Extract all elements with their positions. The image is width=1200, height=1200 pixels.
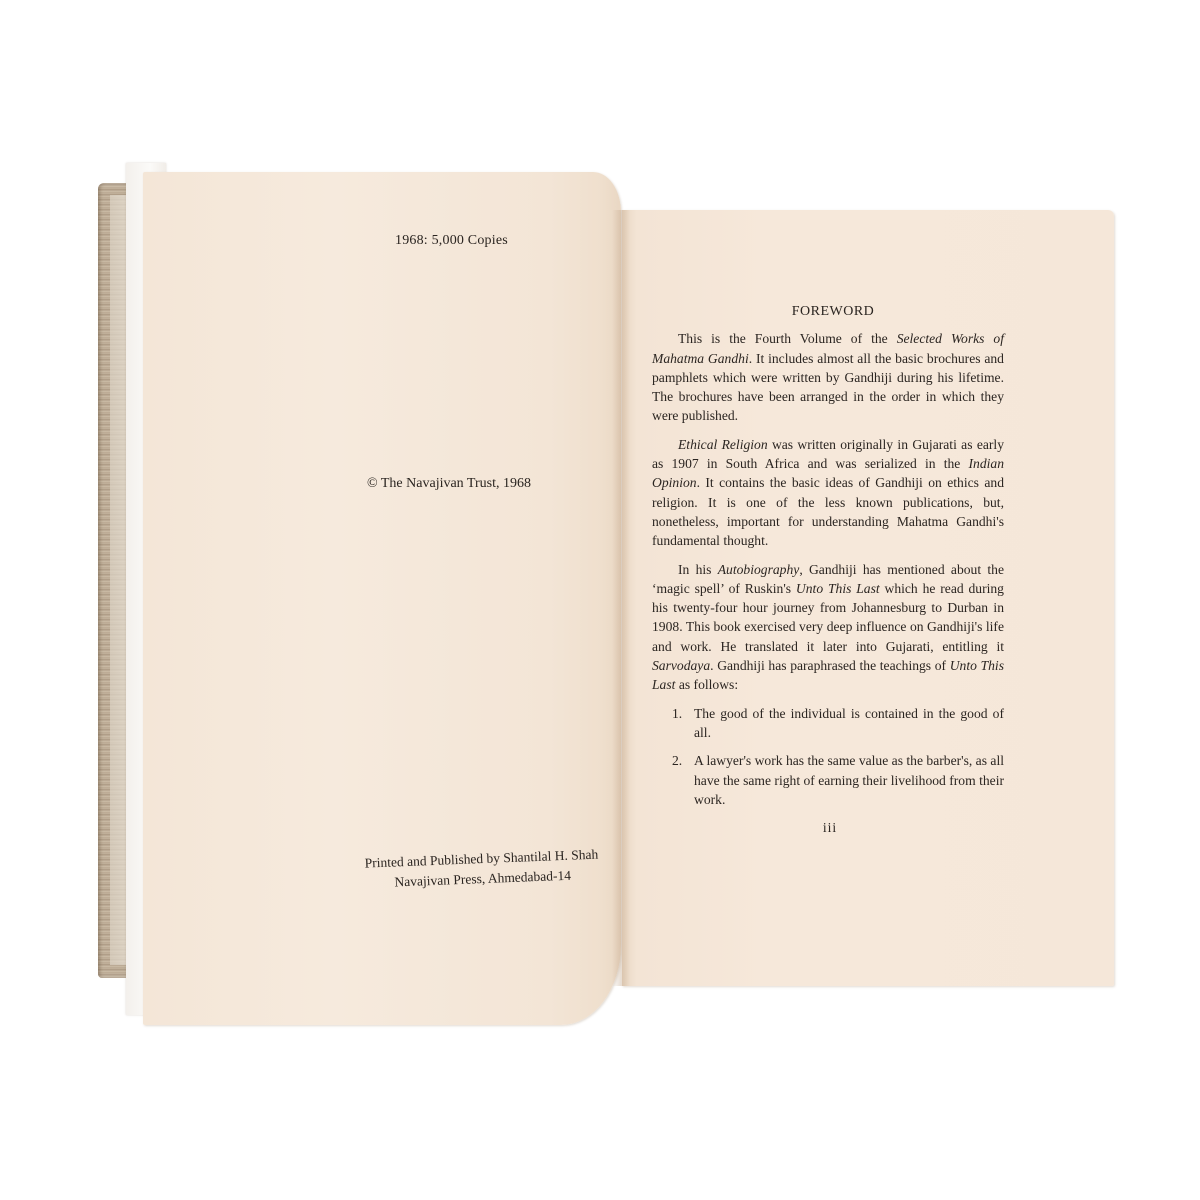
text-segment: This is the Fourth Volume of the (678, 331, 897, 346)
list-item: 1. The good of the individual is contain… (652, 704, 1004, 743)
page-number: iii (652, 818, 1004, 837)
text-segment: . Gandhiji has paraphrased the teachings… (710, 658, 950, 673)
list-item: 2. A lawyer's work has the same value as… (652, 751, 1004, 809)
list-text: A lawyer's work has the same value as th… (694, 751, 1004, 809)
foreword-title: FOREWORD (652, 302, 1004, 321)
edition-line: 1968: 5,000 Copies (395, 233, 508, 249)
copyright-line: © The Navajivan Trust, 1968 (367, 476, 531, 492)
foreword-paragraph-3: In his Autobiography, Gandhiji has menti… (652, 560, 1004, 695)
book-gutter (612, 210, 630, 986)
list-number: 1. (652, 704, 694, 743)
text-segment: as follows: (675, 677, 738, 692)
text-segment: . It contains the basic ideas of Gandhij… (652, 475, 1004, 548)
left-page (143, 172, 621, 1025)
book-title-unto-this-last: Unto This Last (796, 581, 880, 596)
list-text: The good of the individual is contained … (694, 704, 1004, 743)
foreword-section: FOREWORD This is the Fourth Volume of th… (652, 302, 1004, 837)
foreword-paragraph-1: This is the Fourth Volume of the Selecte… (652, 329, 1004, 425)
book-title-sarvodaya: Sarvodaya (652, 658, 710, 673)
list-number: 2. (652, 751, 694, 809)
book-title-ethical-religion: Ethical Religion (678, 437, 768, 452)
text-segment: In his (678, 562, 718, 577)
foreword-paragraph-2: Ethical Religion was written originally … (652, 435, 1004, 551)
book-title-autobiography: Autobiography (718, 562, 800, 577)
